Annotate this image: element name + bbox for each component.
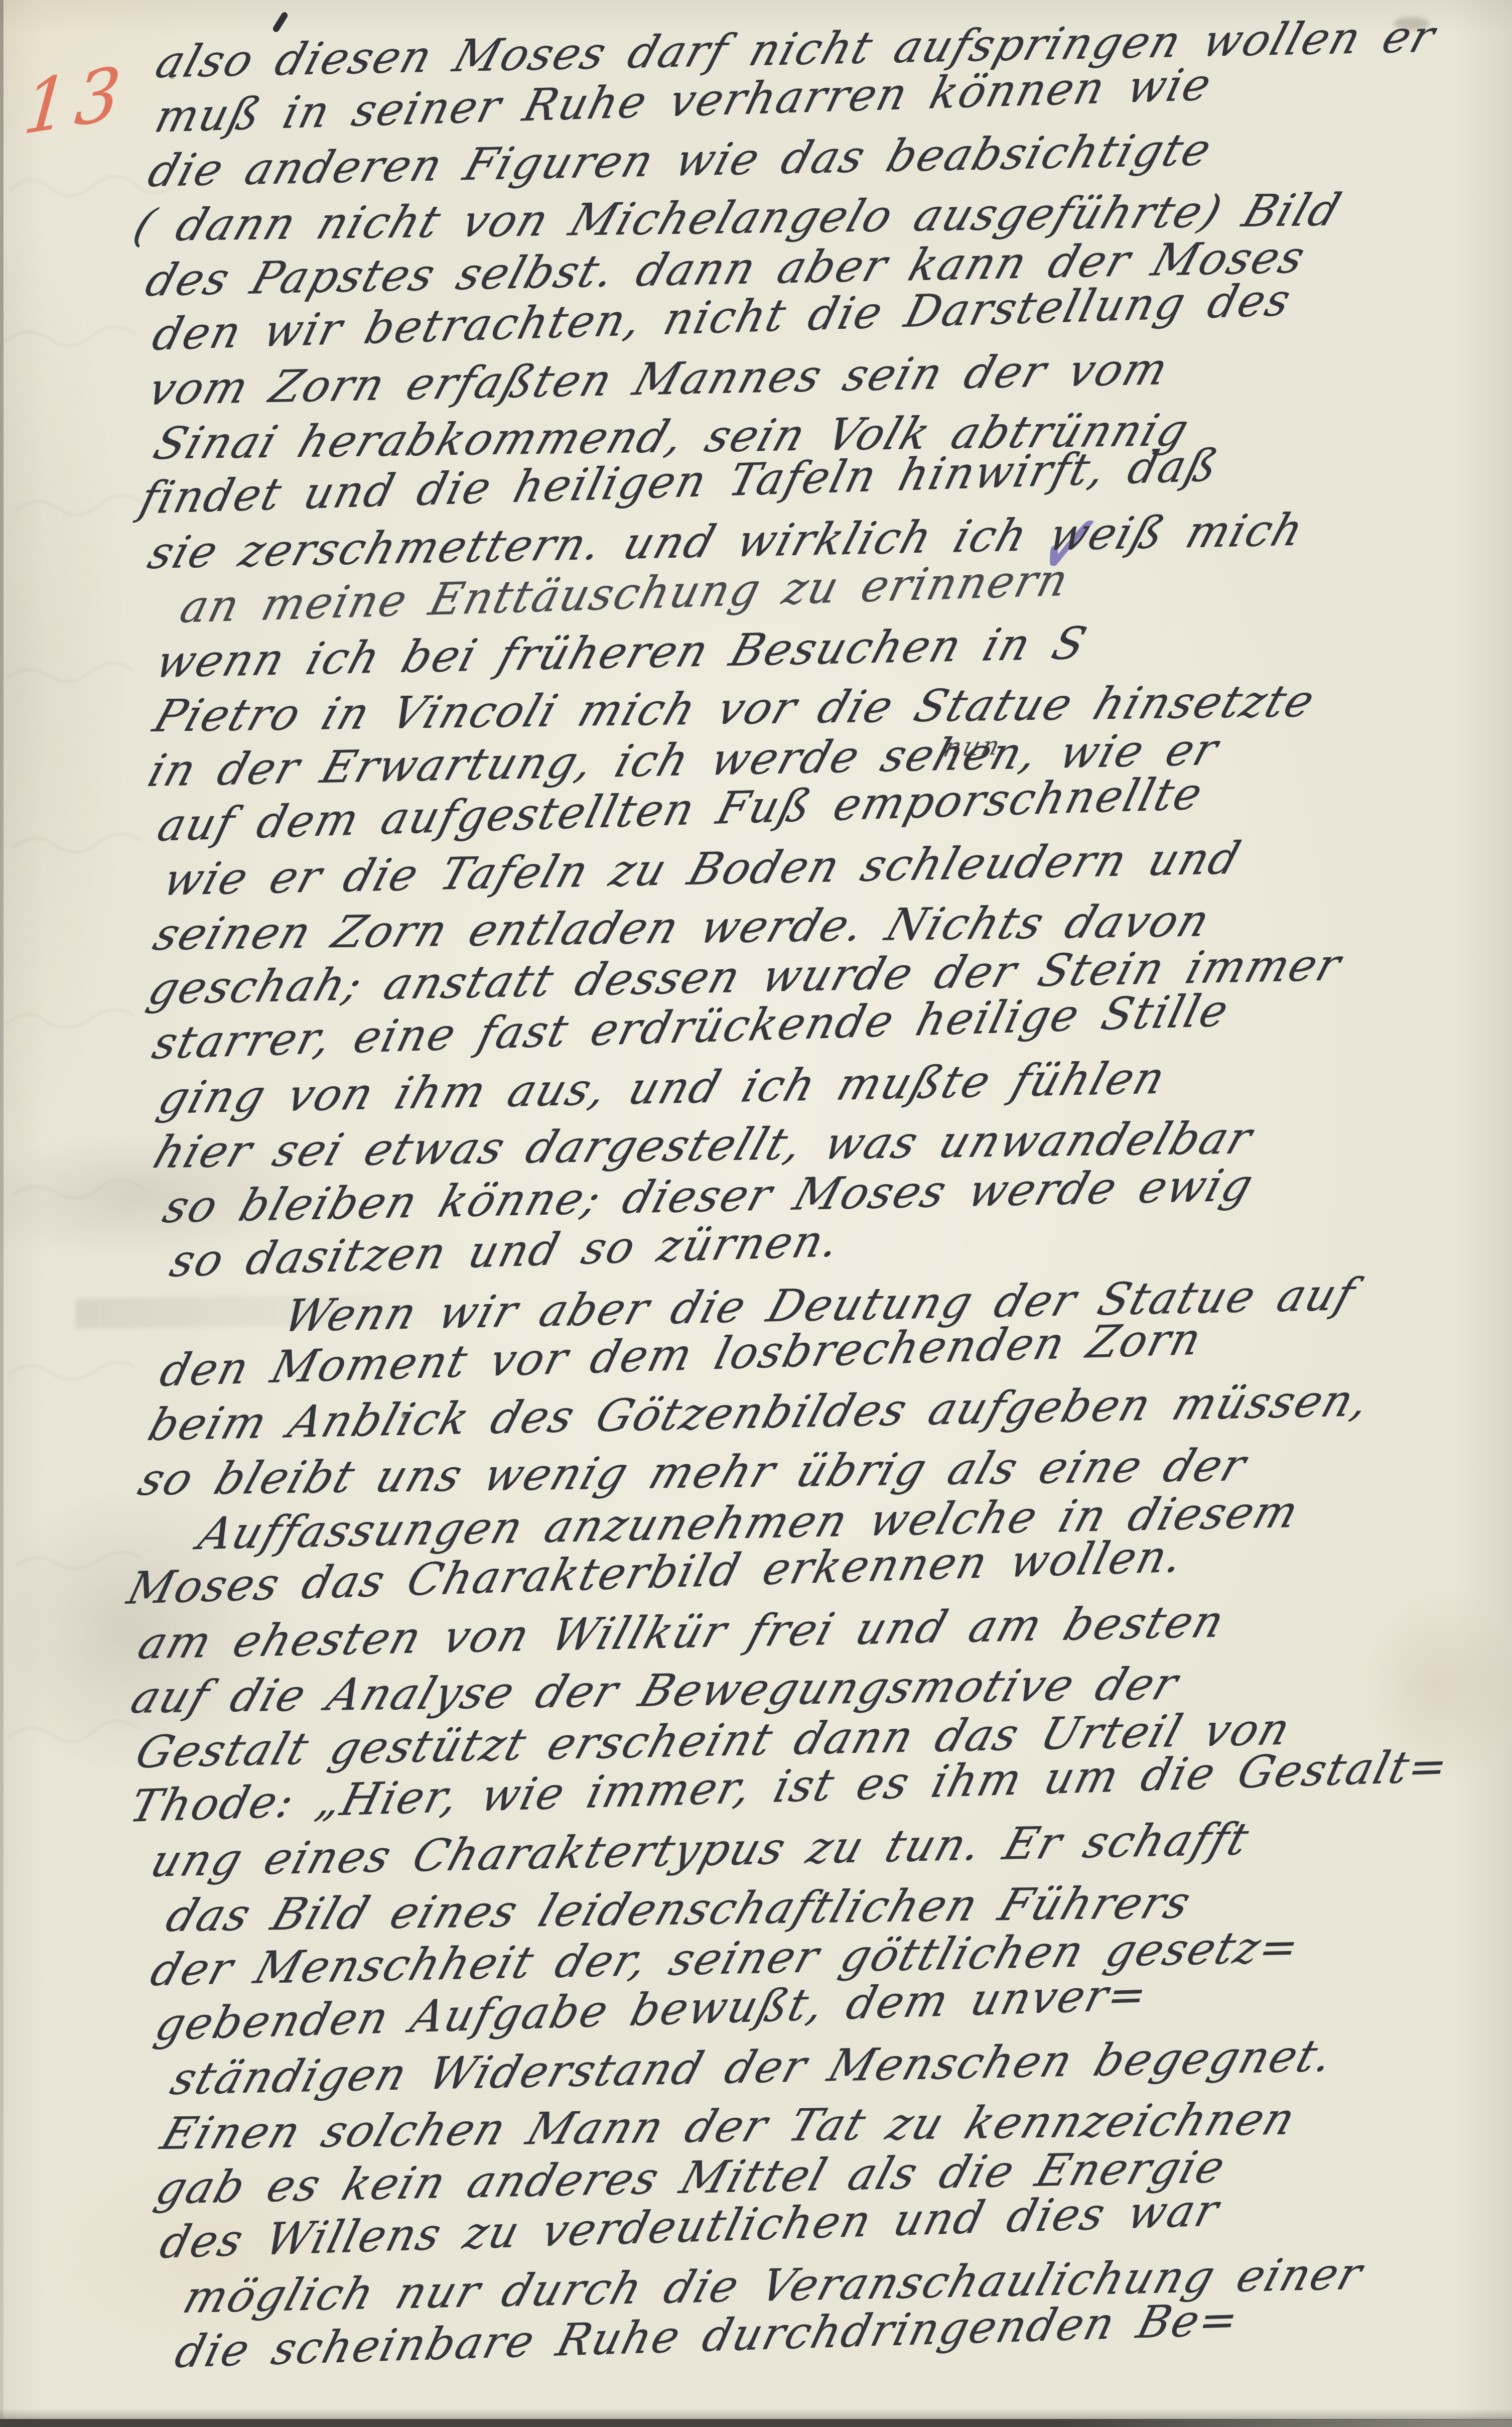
- ink-speck: [271, 11, 289, 33]
- manuscript-page: 13 ✓ nun also diesen Moses darf nicht au…: [0, 0, 1512, 2427]
- scan-edge: [0, 2419, 1512, 2427]
- manuscript-line: wenn ich bei früheren Besuchen in S: [151, 620, 1092, 685]
- scan-edge: [0, 0, 4, 2427]
- manuscript-line: ging von ihm aus, und ich mußte fühlen: [153, 1055, 1172, 1121]
- scan-edge-shadow: [0, 2409, 1512, 2420]
- page-number: 13: [20, 50, 131, 151]
